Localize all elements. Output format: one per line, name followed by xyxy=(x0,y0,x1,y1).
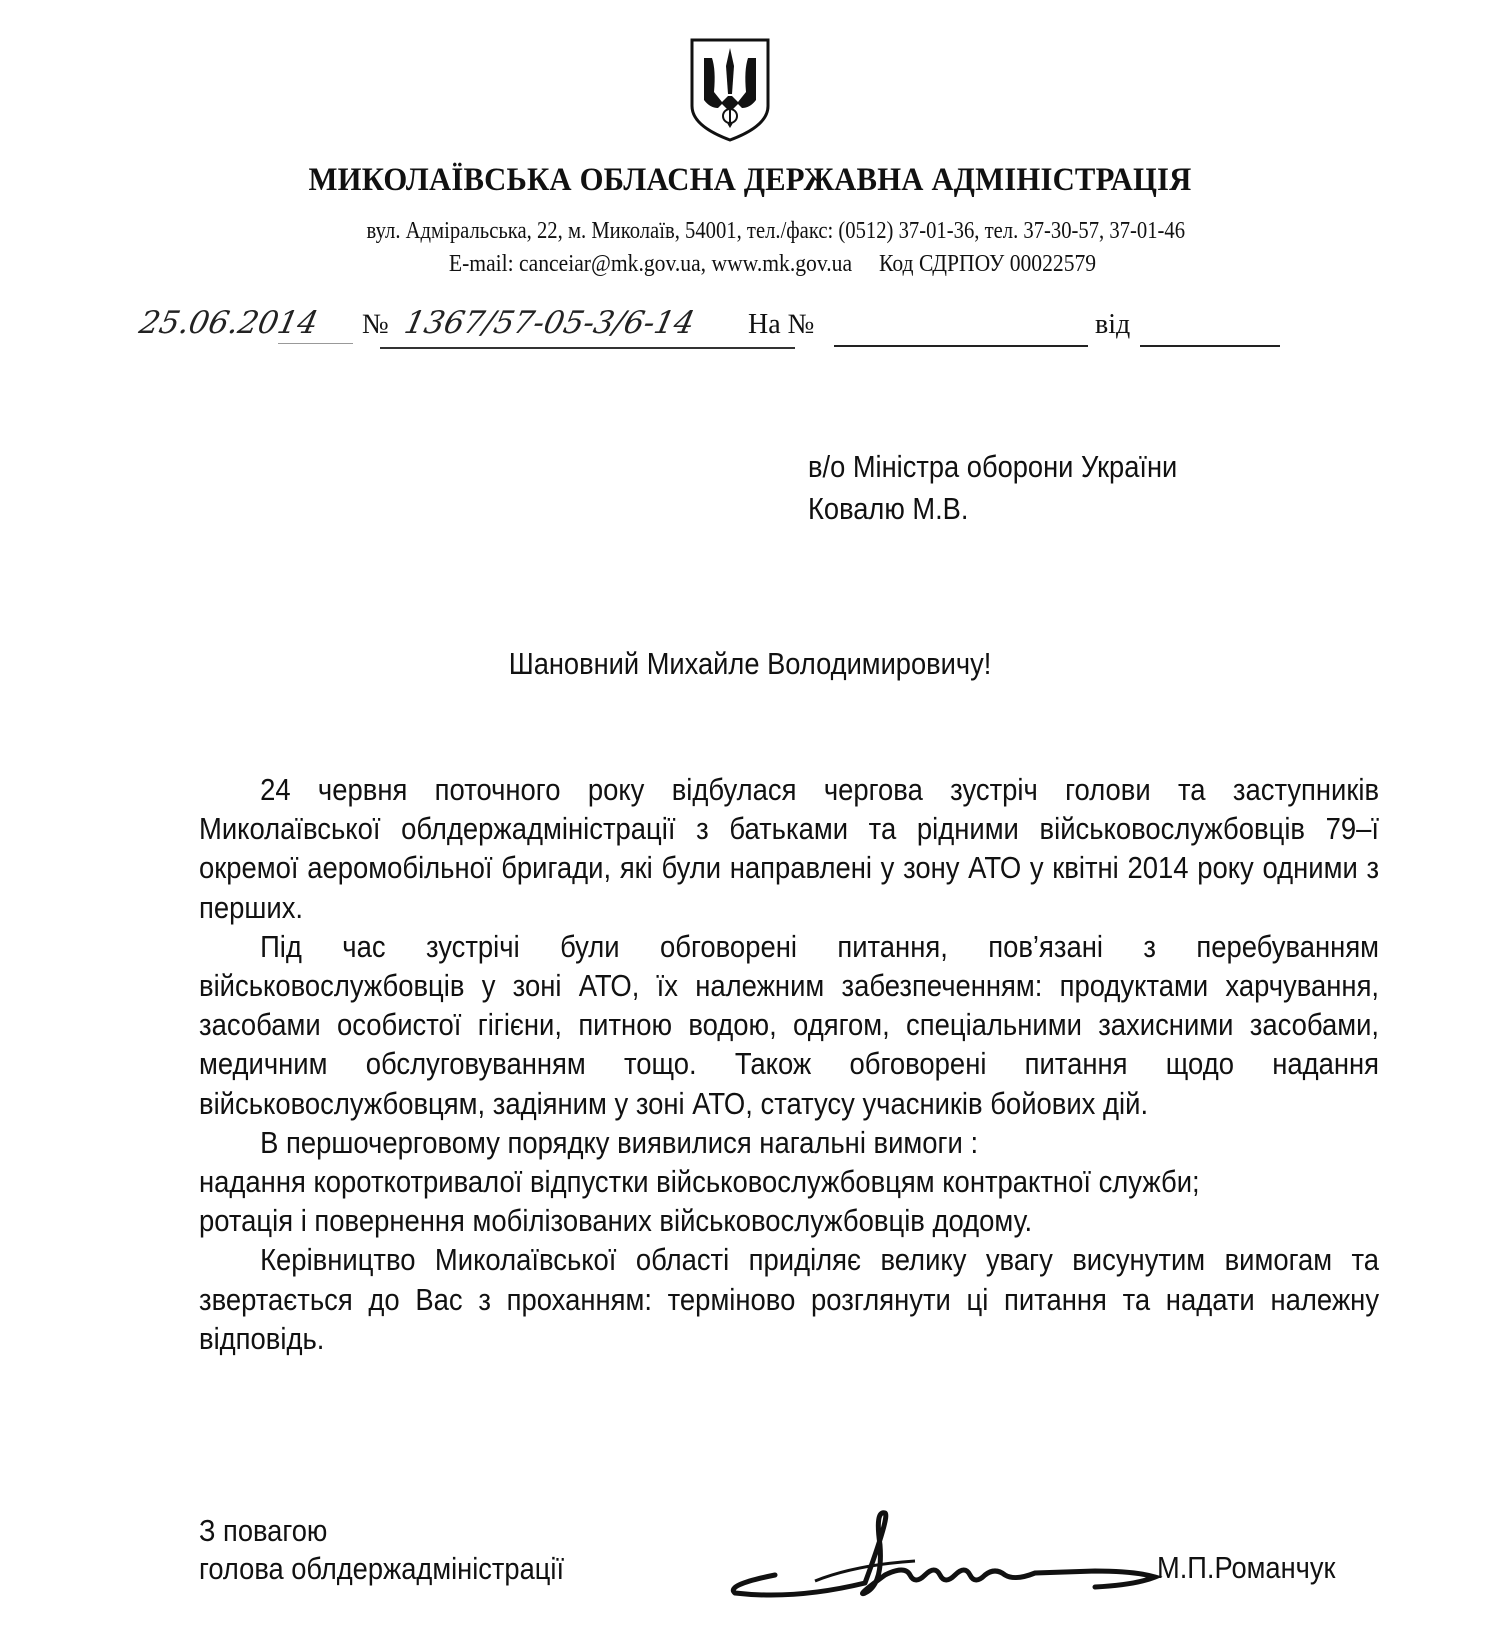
email-website: E-mail: canceiar@mk.gov.ua, www.mk.gov.u… xyxy=(449,251,852,277)
closing-regards: З повагою xyxy=(199,1512,564,1550)
addressee-title: в/о Міністра оборони України xyxy=(808,446,1177,488)
contact-line: E-mail: canceiar@mk.gov.ua, www.mk.gov.u… xyxy=(75,251,1425,278)
paragraph-request: Керівництво Миколаївської області приділ… xyxy=(199,1240,1379,1358)
addressee-block: в/о Міністра оборони України Ковалю М.В. xyxy=(808,446,1177,530)
number-label: № xyxy=(362,309,389,341)
addressee-name: Ковалю М.В. xyxy=(808,488,1177,530)
signer-name: М.П.Романчук xyxy=(1157,1550,1335,1586)
date-underline xyxy=(278,343,353,344)
number-underline xyxy=(380,347,795,349)
letter-body: 24 червня поточного року відбулася черго… xyxy=(199,770,1379,1358)
paragraph-demands-intro: В першочерговому порядку виявилися нагал… xyxy=(199,1123,1379,1162)
reply-number-blank xyxy=(834,345,1088,347)
outgoing-number: 1367/57-05-3/6-14 xyxy=(401,305,698,341)
registration-line: 25.06.2014 № 1367/57-05-3/6-14 На № від xyxy=(140,305,1340,355)
demand-leave: надання короткотривалої відпустки військ… xyxy=(199,1162,1379,1201)
paragraph-meeting: 24 червня поточного року відбулася черго… xyxy=(199,770,1379,927)
outgoing-date: 25.06.2014 xyxy=(136,305,321,341)
from-label: від xyxy=(1095,309,1130,341)
reply-number-label: На № xyxy=(748,309,814,341)
from-date-blank xyxy=(1140,345,1280,347)
closing-block: З повагою голова облдержадміністрації xyxy=(199,1512,564,1588)
organization-address: вул. Адміральська, 22, м. Миколаїв, 5400… xyxy=(105,218,1395,245)
edrpou-code: Код СДРПОУ 00022579 xyxy=(879,251,1096,277)
signer-position: голова облдержадміністрації xyxy=(199,1550,564,1588)
trident-emblem-icon xyxy=(688,36,772,144)
salutation: Шановний Михайле Володимировичу! xyxy=(90,646,1410,682)
organization-name: МИКОЛАЇВСЬКА ОБЛАСНА ДЕРЖАВНА АДМІНІСТРА… xyxy=(53,162,1448,199)
signature-icon xyxy=(715,1505,1165,1600)
demand-rotation: ротація і повернення мобілізованих війсь… xyxy=(199,1201,1379,1240)
paragraph-discussion: Під час зустрічі були обговорені питання… xyxy=(199,927,1379,1123)
